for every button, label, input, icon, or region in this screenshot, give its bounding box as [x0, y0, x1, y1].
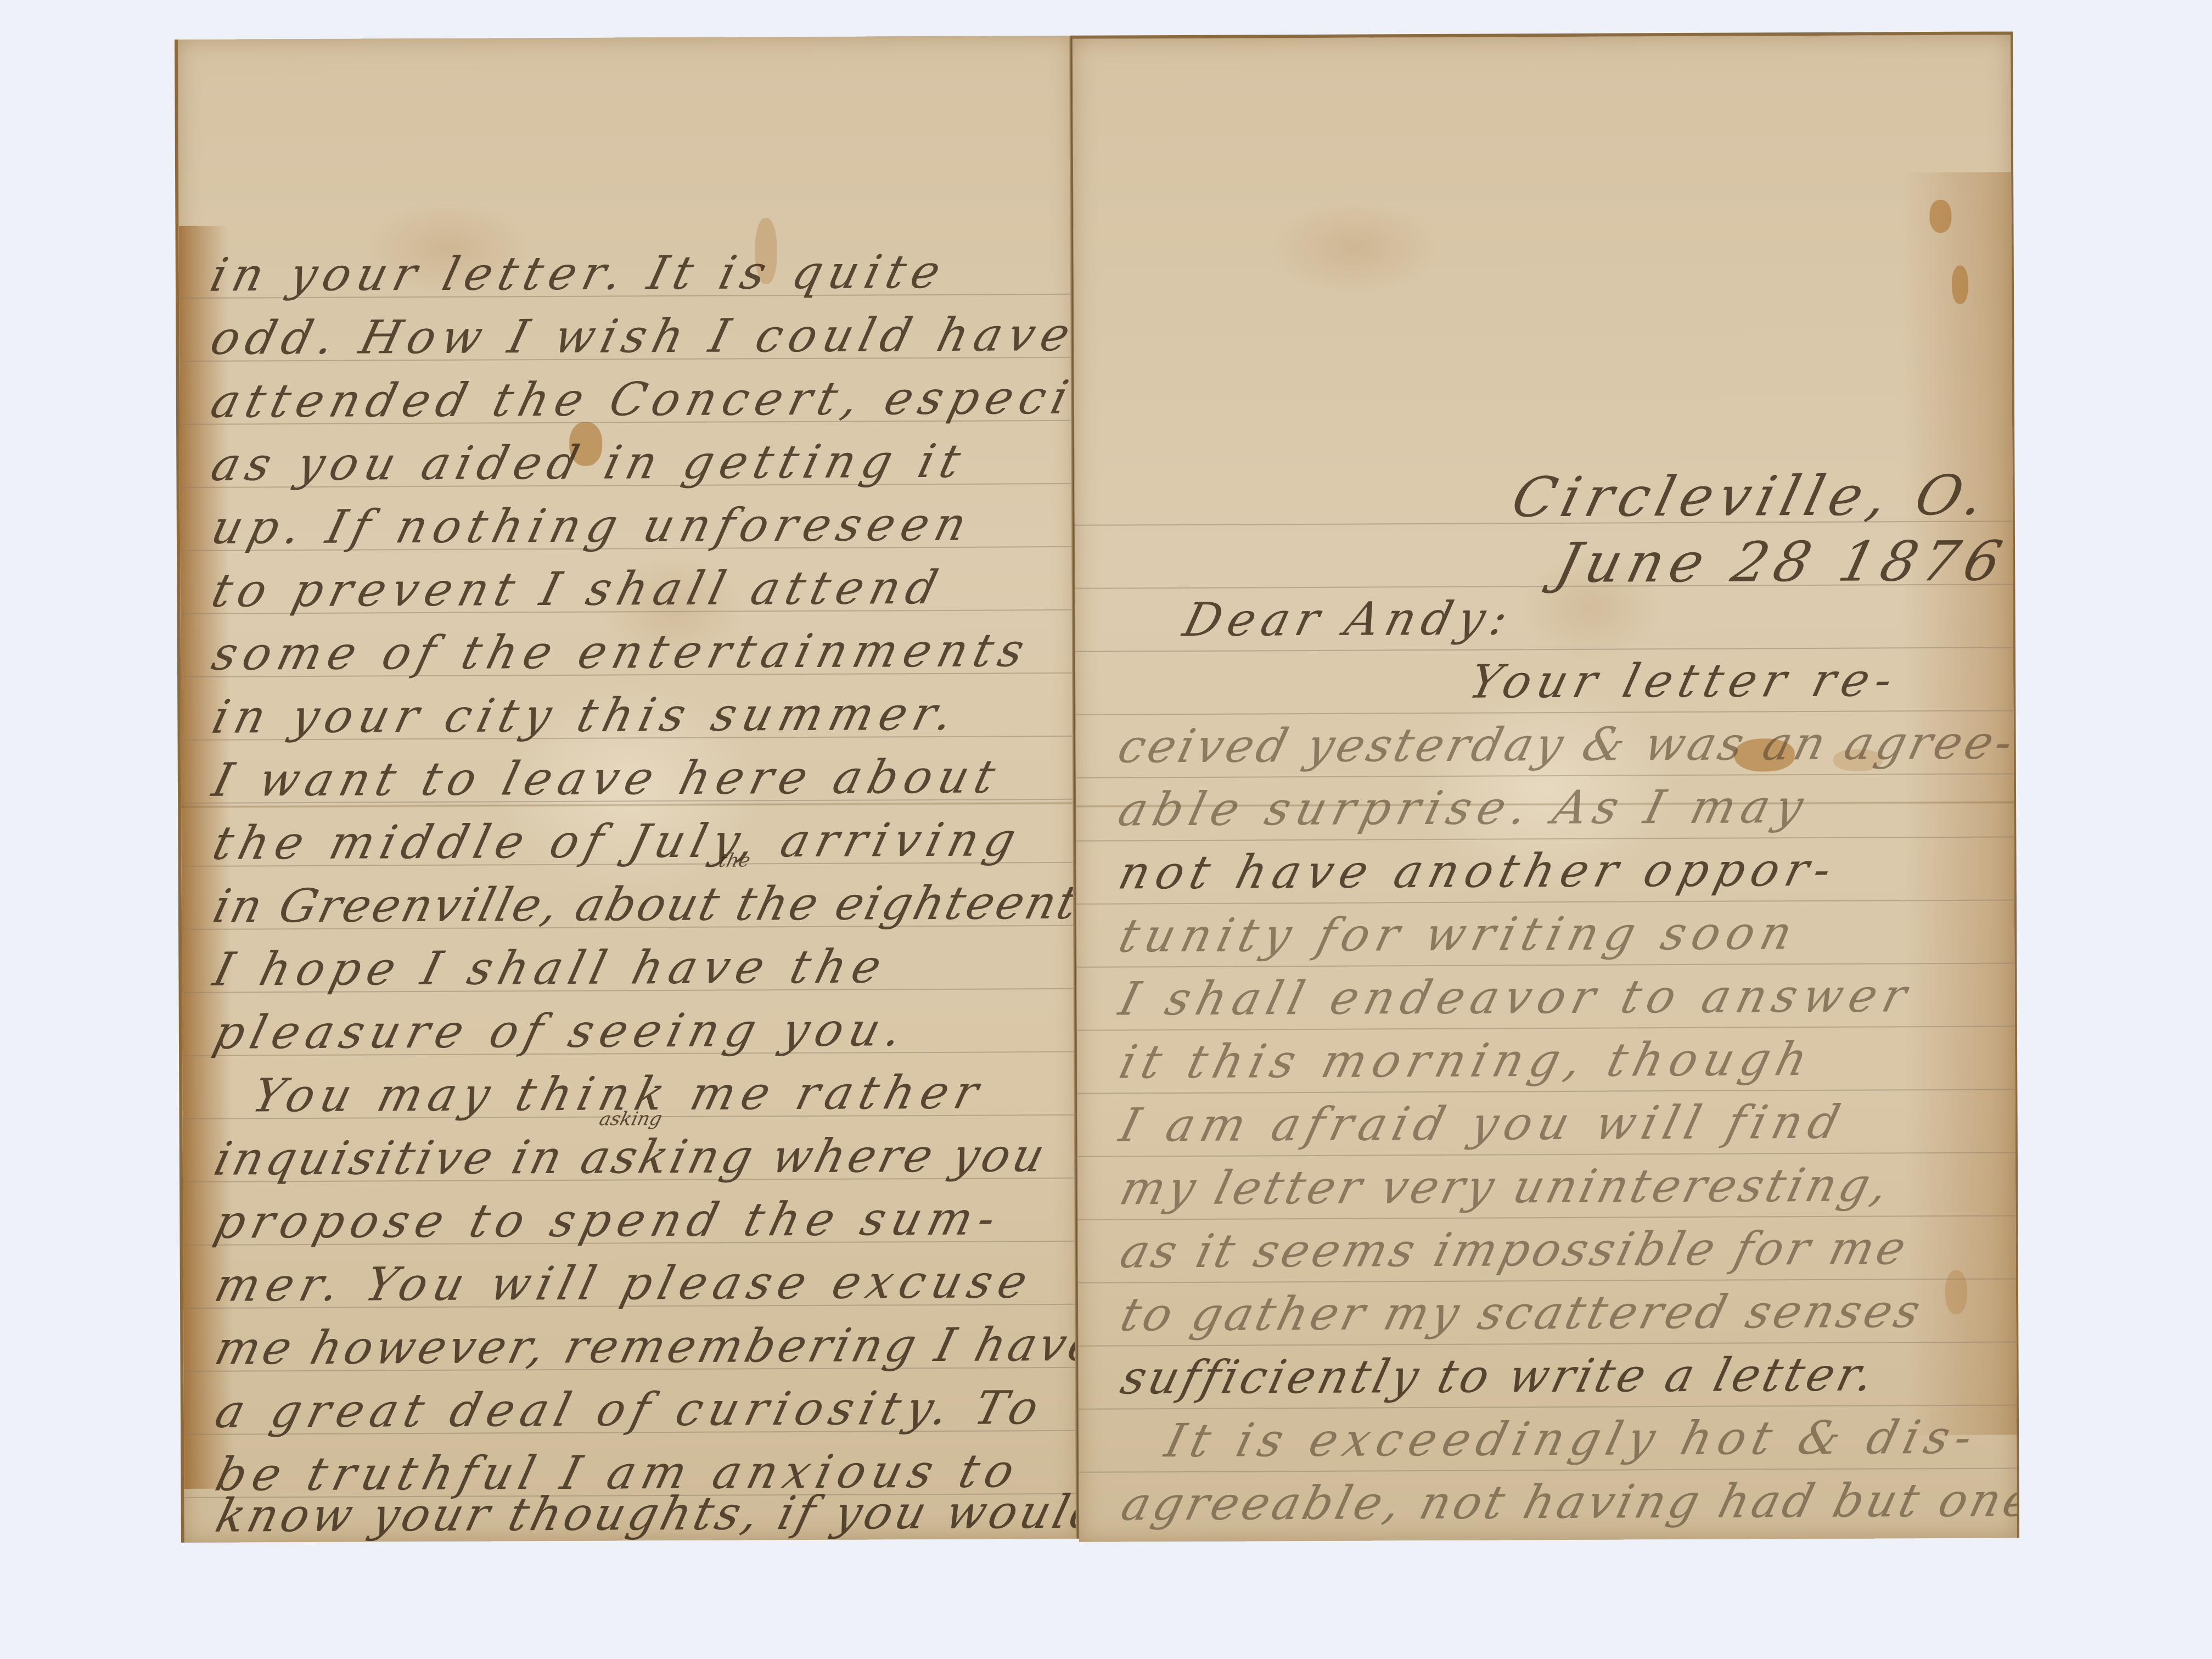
letter-line: some of the entertainments — [207, 623, 1036, 681]
letter-line: in Greenville, about the eighteenth. — [208, 875, 1080, 933]
left-page: in your letter. It is quite odd. How I w… — [175, 36, 1080, 1543]
foxing-stain — [1952, 266, 1968, 304]
letter-line: I hope I shall have the — [208, 939, 893, 996]
letter-line: agreeable, not having had but one — [1116, 1473, 2019, 1531]
ruled-line — [1075, 710, 2013, 715]
right-page: Circleville, O. June 28 1876 Dear Andy: … — [1073, 31, 2019, 1542]
ruled-line — [1078, 1341, 2016, 1346]
foxing-stain — [1929, 200, 1951, 233]
ruled-line — [1076, 773, 2014, 778]
ruled-line — [1076, 836, 2014, 841]
letter-line: not have another oppor- — [1114, 843, 1844, 900]
letter-line: able surprise. As I may — [1113, 780, 1815, 837]
letter-line: me however, remembering I have — [210, 1318, 1080, 1375]
letter-line: to prevent I shall attend — [206, 561, 949, 618]
interlinear-note: the — [717, 849, 753, 871]
ruled-line — [1079, 1467, 2017, 1472]
ruled-line — [1076, 962, 2014, 967]
letter-line: in your city this summer. — [207, 687, 965, 744]
ruled-line — [1077, 1152, 2015, 1157]
ruled-line — [1077, 1089, 2015, 1094]
letter-line: It is exceedingly hot & dis- — [1160, 1410, 1984, 1468]
letter-line: my letter very uninteresting, — [1115, 1158, 1897, 1215]
letter-line: in your letter. It is quite — [205, 245, 952, 302]
letter-line: ceived yesterday & was an agree- — [1113, 715, 2019, 773]
letter-line: I want to leave here about — [207, 749, 1007, 806]
ruled-line — [1079, 1404, 2017, 1409]
letter-line: it this morning, though — [1114, 1032, 1820, 1089]
letter-line: to gather my scattered senses — [1115, 1284, 1929, 1341]
letter-line: I am afraid you will find — [1115, 1095, 1852, 1152]
letter-line: as you aided in getting it — [206, 434, 972, 491]
ruled-line — [1075, 647, 2013, 652]
ruled-line — [1077, 1215, 2015, 1220]
letter-line: a great deal of curiosity. To — [210, 1381, 1051, 1438]
letter-line: odd. How I wish I could have — [205, 307, 1080, 365]
foxing-stain — [1945, 1270, 1967, 1314]
letter-line: propose to spend the sum- — [209, 1191, 1007, 1248]
letter-line: pleasure of seeing you. — [209, 1002, 914, 1060]
letter-line: Your letter re- — [1464, 653, 1905, 709]
letter-line: mer. You will please excuse — [210, 1254, 1039, 1312]
letter-line: sufficiently to write a letter. — [1116, 1347, 1883, 1404]
letter-sheet: in your letter. It is quite odd. How I w… — [175, 31, 2017, 1543]
ruled-line — [1078, 1278, 2016, 1283]
letter-line: I shall endeavor to answer — [1114, 968, 1919, 1025]
place-heading: Circleville, O. — [1506, 463, 1997, 530]
letter-line: the middle of July, arriving — [207, 812, 1028, 870]
letter-line: up. If nothing unforeseen — [206, 497, 979, 554]
letter-line: attended the Concert, especially — [206, 370, 1080, 428]
greeting: Dear Andy: — [1178, 591, 1520, 647]
letter-line: know your thoughts, if you would — [211, 1485, 1080, 1543]
letter-line: tunity for writing soon — [1114, 906, 1804, 962]
letter-line: inquisitive in asking where you — [209, 1128, 1053, 1186]
letter-line: as it seems impossible for me — [1115, 1221, 1915, 1278]
date-heading: June 28 1876 — [1550, 529, 2014, 595]
ruled-line — [1077, 1025, 2015, 1030]
interlinear-note: asking — [597, 1108, 665, 1130]
ruled-line — [1076, 899, 2014, 904]
